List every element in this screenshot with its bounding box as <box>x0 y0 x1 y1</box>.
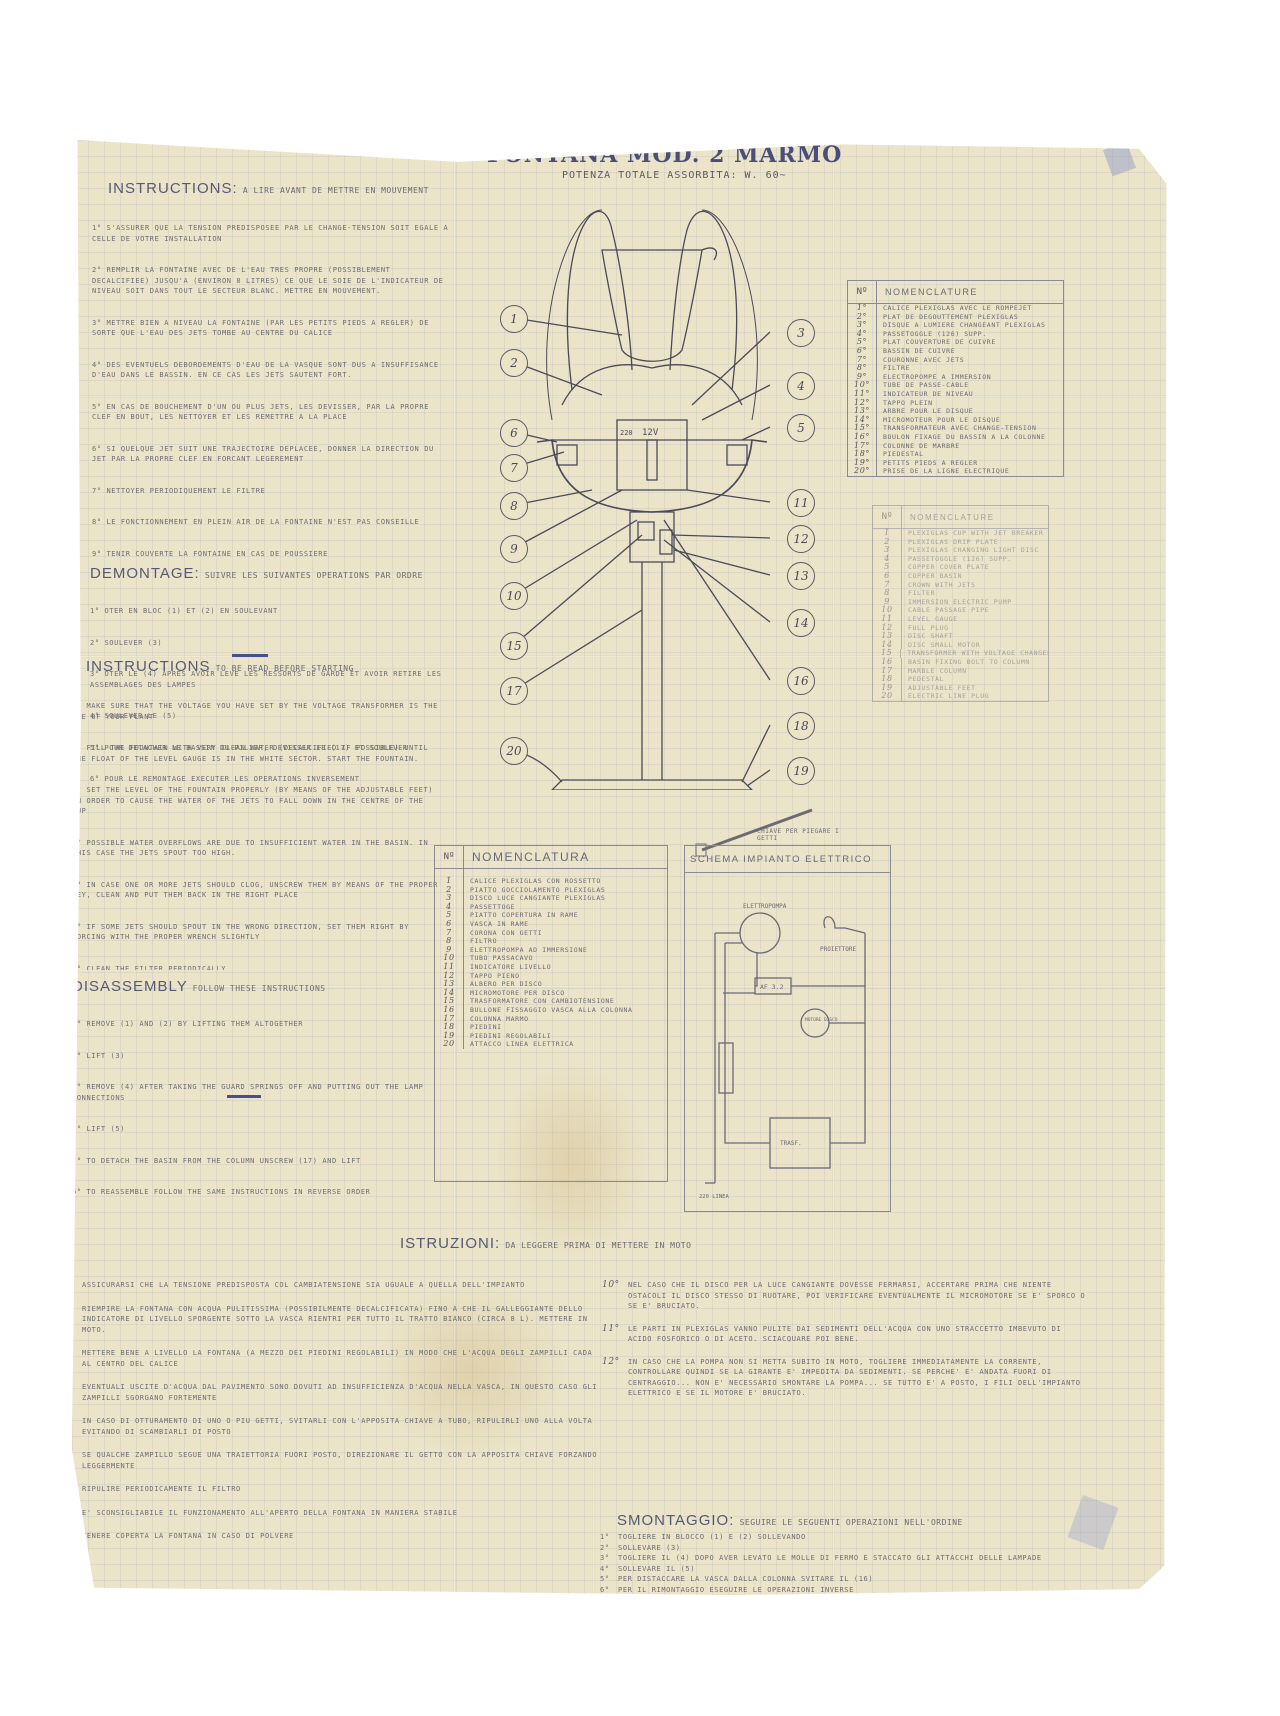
callout-7: 7 <box>500 454 528 482</box>
table-row: 11INDICATORE LIVELLO <box>435 963 667 972</box>
callout-2: 2 <box>500 349 528 377</box>
disassembly-heading: DISASSEMBLY FOLLOW THESE INSTRUCTIONS <box>72 978 326 995</box>
callout-10: 10 <box>500 582 528 610</box>
table-row: 14MICROMOTORE PER DISCO <box>435 989 667 998</box>
nomenclature-fr-table: NºNOMENCLATURE 1°CALICE PLEXIGLAS AVEC L… <box>847 280 1064 477</box>
callout-16: 16 <box>787 667 815 695</box>
underline-mark <box>232 654 268 657</box>
svg-text:TRASF.: TRASF. <box>780 1140 802 1147</box>
callout-9: 9 <box>500 535 528 563</box>
disassembly-body: 1° REMOVE (1) AND (2) BY LIFTING THEM AL… <box>72 998 442 1219</box>
table-row: 19PIEDINI REGOLABILI <box>435 1032 667 1041</box>
table-row: 10TUBO PASSACAVO <box>435 954 667 963</box>
table-row: 15TRASFORMATORE CON CAMBIOTENSIONE <box>435 997 667 1006</box>
instructions-en-heading: INSTRUCTIONS TO BE READ BEFORE STARTING <box>86 658 354 675</box>
callout-13: 13 <box>787 562 815 590</box>
table-row: 7CORONA CON GETTI <box>435 929 667 938</box>
callout-8: 8 <box>500 492 528 520</box>
svg-text:PROIETTORE: PROIETTORE <box>820 946 857 953</box>
svg-text:AF 3.2: AF 3.2 <box>760 983 784 991</box>
svg-text:220 LINEA: 220 LINEA <box>699 1194 729 1200</box>
table-row: 13ALBERO PER DISCO <box>435 980 667 989</box>
callout-11: 11 <box>787 489 815 517</box>
fountain-manual-sheet: FONTANA MOD. 2 MARMO POTENZA TOTALE ASSO… <box>72 140 1172 1595</box>
electrical-schematic: SCHEMA IMPIANTO ELETTRICO ELETT <box>684 845 891 1212</box>
instructions-fr-body: 1° S'ASSURER QUE LA TENSION PREDISPOSEE … <box>92 202 452 572</box>
table-row: 18PIEDINI <box>435 1023 667 1032</box>
callout-15: 15 <box>500 632 528 660</box>
callout-17: 17 <box>500 677 528 705</box>
smontaggio-heading: SMONTAGGIO: SEGUIRE LE SEGUENTI OPERAZIO… <box>617 1512 963 1529</box>
key-label: CHIAVE PER PIEGARE I GETTI <box>757 828 857 842</box>
table-row: 5PIATTO COPERTURA IN RAME <box>435 911 667 920</box>
wiring-diagram: ELETTROPOMPA PROIETTORE AF 3.2 MOTORE DI… <box>685 873 890 1208</box>
tape-remnant <box>1103 142 1136 177</box>
istruzioni-body-left: 1°ASSICURARSI CHE LA TENSIONE PREDISPOST… <box>52 1280 612 1555</box>
svg-text:12V: 12V <box>642 428 659 438</box>
table-row: 16BULLONE FISSAGGIO VASCA ALLA COLONNA <box>435 1006 667 1015</box>
svg-text:220: 220 <box>620 429 633 437</box>
table-row: 2PIATTO GOCCIOLAMENTO PLEXIGLAS <box>435 886 667 895</box>
callout-18: 18 <box>787 712 815 740</box>
callout-1: 1 <box>500 305 528 333</box>
svg-text:MOTORE DISCO: MOTORE DISCO <box>805 1017 838 1023</box>
callout-5: 5 <box>787 414 815 442</box>
callout-4: 4 <box>787 372 815 400</box>
istruzioni-heading: ISTRUZIONI: DA LEGGERE PRIMA DI METTERE … <box>400 1235 691 1252</box>
table-row: 6VASCA IN RAME <box>435 920 667 929</box>
instructions-en-body: 1° MAKE SURE THAT THE VOLTAGE YOU HAVE S… <box>72 680 442 970</box>
nomenclature-en-table: NºNOMENCLATURE 1PLEXIGLAS CUP WITH JET B… <box>872 505 1049 702</box>
document-subtitle: POTENZA TOTALE ASSORBITA: W. 60~ <box>562 170 787 181</box>
callout-12: 12 <box>787 525 815 553</box>
istruzioni-body-right: 10°NEL CASO CHE IL DISCO PER LA LUCE CAN… <box>602 1280 1102 1411</box>
table-row: 17COLONNA MARMO <box>435 1015 667 1024</box>
callout-3: 3 <box>787 319 815 347</box>
table-row: 8FILTRO <box>435 937 667 946</box>
svg-text:ELETTROPOMPA: ELETTROPOMPA <box>743 903 787 910</box>
callout-6: 6 <box>500 419 528 447</box>
callout-14: 14 <box>787 609 815 637</box>
callout-19: 19 <box>787 757 815 785</box>
table-row: 4PASSETTOGE <box>435 903 667 912</box>
table-row: 1CALICE PLEXIGLAS CON ROSSETTO <box>435 877 667 886</box>
table-row: 12TAPPO PIENO <box>435 972 667 981</box>
callout-20: 20 <box>500 737 528 765</box>
table-row: 20ATTACCO LINEA ELETTRICA <box>435 1040 667 1049</box>
document-title: FONTANA MOD. 2 MARMO <box>487 142 842 168</box>
table-row: 9ELETTROPOMPA AD IMMERSIONE <box>435 946 667 955</box>
underline-mark <box>227 1095 261 1098</box>
smontaggio-body: 1°TOGLIERE IN BLOCCO (1) E (2) SOLLEVAND… <box>600 1532 1080 1595</box>
nomenclatura-it-table: NºNOMENCLATURA 1CALICE PLEXIGLAS CON ROS… <box>434 845 668 1182</box>
demontage-heading: DEMONTAGE: SUIVRE LES SUIVANTES OPERATIO… <box>90 565 423 582</box>
table-row: 3DISCO LUCE CANGIANTE PLEXIGLAS <box>435 894 667 903</box>
instructions-fr-heading: INSTRUCTIONS: A LIRE AVANT DE METTRE EN … <box>108 180 429 197</box>
